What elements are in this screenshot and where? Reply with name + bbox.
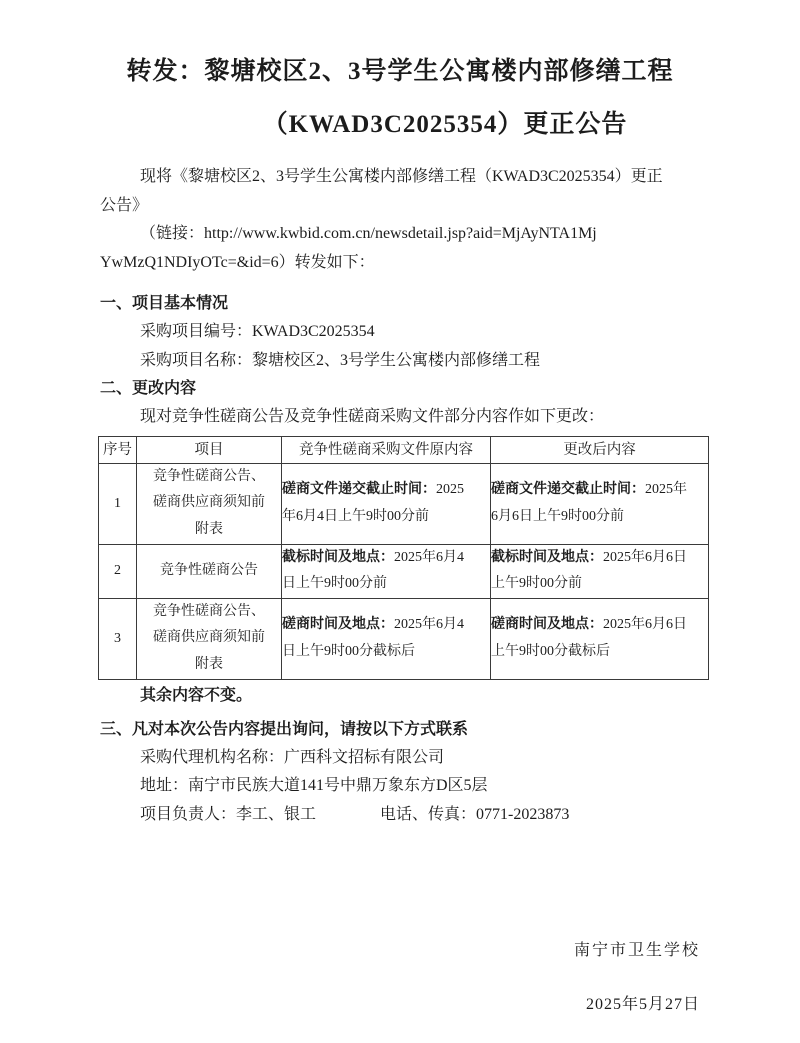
intro-paragraph-1-line-1: 现将《黎塘校区2、3号学生公寓楼内部修缮工程（KWAD3C2025354）更正 [100,163,700,192]
contact-person: 项目负责人：李工、银工 [140,806,316,823]
header-cell-original-content: 竞争性磋商采购文件原内容 [282,436,491,463]
changed-content-cell: 截标时间及地点：2025年6月6日 上午9时00分前 [491,544,709,598]
phone-fax: 电话、传真：0771-2023873 [380,806,569,823]
changes-table: 序号 项目 竞争性磋商采购文件原内容 更改后内容 1 竞争性磋商公告、 磋商供应… [98,436,709,680]
document-title-line-2: （KWAD3C2025354）更正公告 [145,108,745,142]
changed-content-cell: 磋商时间及地点：2025年6月6日 上午9时00分截标后 [491,598,709,679]
section-3-heading: 三、凡对本次公告内容提出询问，请按以下方式联系 [100,716,700,744]
header-cell-item: 项目 [137,436,282,463]
intro-paragraph-2-line-2: YwMzQ1NDIyOTc=&id=6）转发如下： [100,249,700,278]
project-name-line: 采购项目名称：黎塘校区2、3号学生公寓楼内部修缮工程 [100,347,700,376]
agency-name-line: 采购代理机构名称：广西科文招标有限公司 [100,744,700,773]
section-2-intro-line: 现对竞争性磋商公告及竞争性磋商采购文件部分内容作如下更改： [100,403,700,432]
item-cell: 竞争性磋商公告 [137,544,282,598]
section-2-heading: 二、更改内容 [100,375,700,403]
agency-address-line: 地址：南宁市民族大道141号中鼎万象东方D区5层 [100,772,700,801]
original-content-cell: 截标时间及地点：2025年6月4 日上午9时00分前 [282,544,491,598]
no-other-changes-note: 其余内容不变。 [100,682,700,710]
header-cell-no: 序号 [99,436,137,463]
table-header-row: 序号 项目 竞争性磋商采购文件原内容 更改后内容 [99,436,709,463]
project-number-line: 采购项目编号：KWAD3C2025354 [100,318,700,347]
table-row: 2 竞争性磋商公告 截标时间及地点：2025年6月4 日上午9时00分前 截标时… [99,544,709,598]
contact-line: 项目负责人：李工、银工电话、传真：0771-2023873 [100,801,700,830]
intro-paragraph-1-line-2: 公告》 [100,192,700,221]
original-content-cell: 磋商时间及地点：2025年6月4 日上午9时00分截标后 [282,598,491,679]
row-number-cell: 3 [99,598,137,679]
item-cell: 竞争性磋商公告、 磋商供应商须知前 附表 [137,463,282,544]
header-cell-changed-content: 更改后内容 [491,436,709,463]
issue-date: 2025年5月27日 [100,991,700,1019]
intro-paragraphs: 现将《黎塘校区2、3号学生公寓楼内部修缮工程（KWAD3C2025354）更正 … [100,163,700,277]
row-number-cell: 2 [99,544,137,598]
table-row: 1 竞争性磋商公告、 磋商供应商须知前 附表 磋商文件递交截止时间：2025 年… [99,463,709,544]
intro-paragraph-2-line-1: （链接：http://www.kwbid.com.cn/newsdetail.j… [100,220,700,249]
row-number-cell: 1 [99,463,137,544]
table-row: 3 竞争性磋商公告、 磋商供应商须知前 附表 磋商时间及地点：2025年6月4 … [99,598,709,679]
document-page: 转发：黎塘校区2、3号学生公寓楼内部修缮工程 （KWAD3C2025354）更正… [0,0,800,1043]
document-title-line-1: 转发：黎塘校区2、3号学生公寓楼内部修缮工程 [100,55,700,89]
item-cell: 竞争性磋商公告、 磋商供应商须知前 附表 [137,598,282,679]
changed-content-cell: 磋商文件递交截止时间：2025年 6月6日上午9时00分前 [491,463,709,544]
section-1-heading: 一、项目基本情况 [100,290,700,318]
original-content-cell: 磋商文件递交截止时间：2025 年6月4日上午9时00分前 [282,463,491,544]
issuer-signature: 南宁市卫生学校 [100,937,700,965]
